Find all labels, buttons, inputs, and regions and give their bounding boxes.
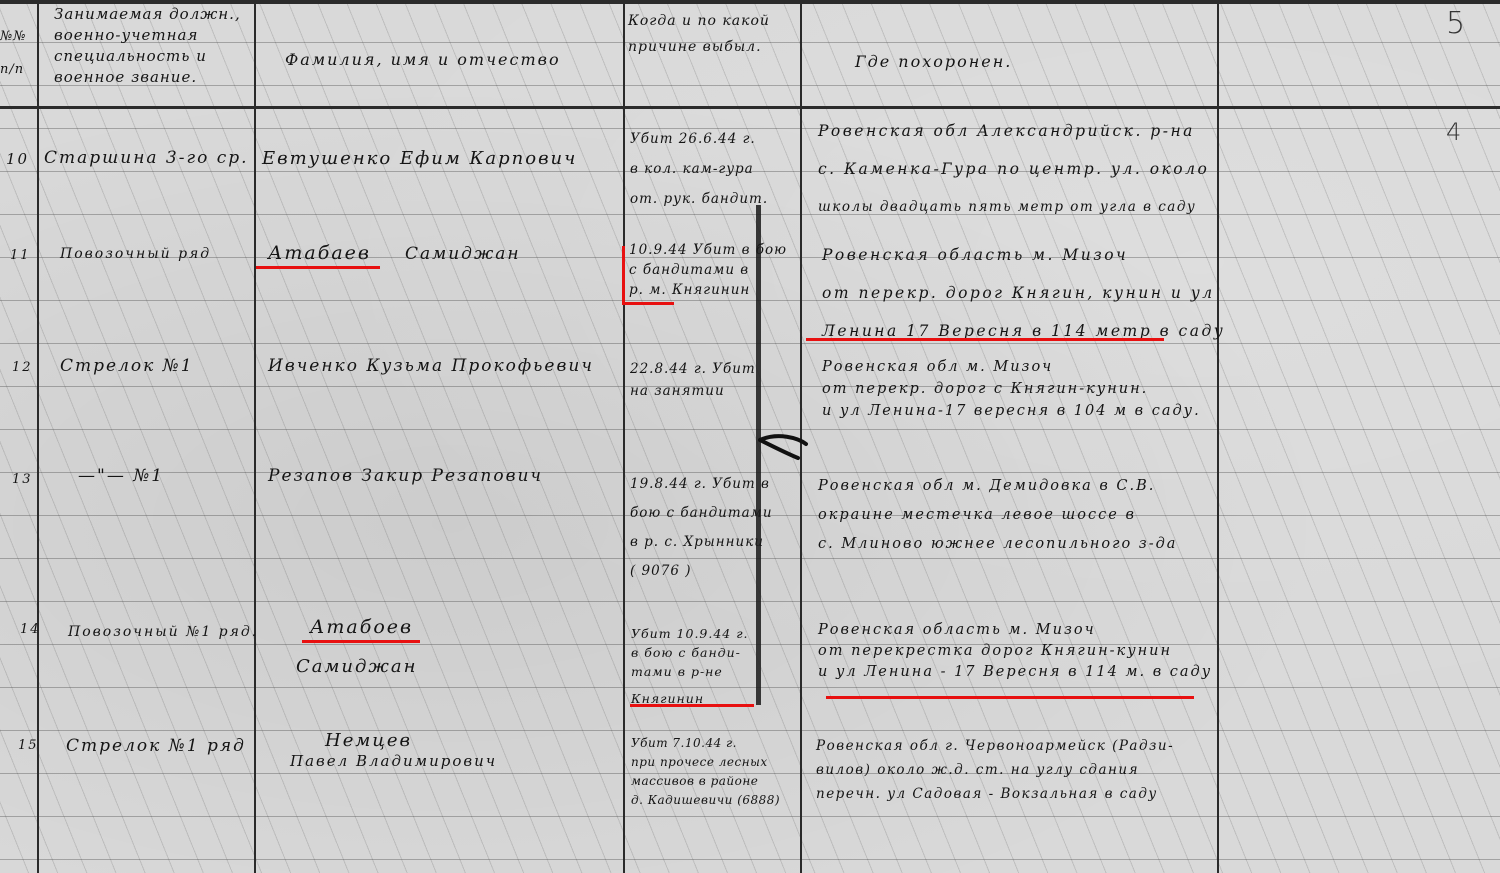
row-when: Убит 26.6.44 г. в кол. кам-гура от. рук.… bbox=[630, 124, 768, 214]
row-name-last: Немцев bbox=[325, 730, 412, 751]
column-divider bbox=[254, 0, 256, 873]
when-line: 19.8.44 г. Убит в bbox=[630, 470, 773, 499]
red-bracket bbox=[622, 246, 625, 304]
row-name: Ивченко Кузьма Прокофьевич bbox=[268, 356, 594, 376]
row-position: Повозочный ряд bbox=[60, 246, 211, 262]
row-when: 22.8.44 г. Убит на занятии bbox=[630, 358, 756, 402]
row-position: Повозочный №1 ряд. bbox=[68, 624, 258, 640]
header-position-col: Занимаемая должн., военно-учетная специа… bbox=[54, 4, 249, 88]
column-divider bbox=[623, 0, 625, 873]
red-bracket bbox=[622, 302, 674, 305]
burial-line: вилов) около ж.д. ст. на углу сдания bbox=[816, 758, 1174, 782]
burial-line: Ровенская область м. Мизоч bbox=[822, 236, 1225, 274]
row-when: Убит 7.10.44 г. при прочесе лесных масси… bbox=[631, 734, 780, 810]
row-burial: Ровенская обл Александрийск. р-на с. Кам… bbox=[818, 112, 1209, 226]
row-when: Убит 10.9.44 г. в бою с банди- тами в р-… bbox=[631, 624, 749, 708]
burial-line: Ровенская обл м. Демидовка в С.В. bbox=[818, 472, 1177, 501]
row-number: 10 bbox=[6, 150, 29, 168]
header-name-col: Фамилия, имя и отчество bbox=[285, 50, 561, 69]
when-line: при прочесе лесных bbox=[631, 753, 780, 772]
document-page: 5 4 №№ п/п Занимаемая должн., военно-уче… bbox=[0, 0, 1500, 873]
burial-line: окраине местечка левое шоссе в bbox=[818, 501, 1177, 530]
when-line: бою с бандитами bbox=[630, 499, 773, 528]
row-burial: Ровенская обл м. Мизоч от перекр. дорог … bbox=[822, 356, 1201, 422]
header-burial-col: Где похоронен. bbox=[855, 52, 1012, 71]
margin-note: 4 bbox=[1446, 118, 1461, 146]
burial-line: перечн. ул Садовая - Вокзальная в саду bbox=[816, 782, 1174, 806]
red-underline bbox=[630, 704, 754, 707]
row-when: 19.8.44 г. Убит в бою с бандитами в р. с… bbox=[630, 470, 773, 586]
row-number: 14 bbox=[20, 622, 41, 637]
header-when-col: Когда и по какой причине выбыл. bbox=[628, 8, 796, 60]
row-name-last: Атабоев bbox=[310, 616, 413, 638]
when-line: р. м. Княгинин bbox=[629, 280, 787, 300]
when-line: массивов в районе bbox=[631, 772, 780, 791]
burial-line: с. Каменка-Гура по центр. ул. около bbox=[818, 150, 1209, 188]
when-line: в бою с банди- bbox=[631, 643, 749, 662]
row-position: Стрелок №1 ряд bbox=[66, 736, 246, 756]
row-position: —"— №1 bbox=[78, 466, 164, 486]
row-name-first: Павел Владимирович bbox=[290, 752, 497, 770]
burial-line: от перекр. дорог с Княгин-кунин. bbox=[822, 378, 1201, 400]
when-line: тами в р-не bbox=[631, 662, 749, 681]
when-line: д. Кадишевичи (6888) bbox=[631, 791, 780, 810]
header-number-line: №№ bbox=[0, 26, 36, 47]
row-when: 10.9.44 Убит в бою с бандитами в р. м. К… bbox=[629, 240, 787, 300]
burial-line: Ровенская область м. Мизоч bbox=[818, 620, 1212, 641]
burial-line: школы двадцать пять метр от угла в саду bbox=[818, 188, 1209, 226]
row-burial: Ровенская область м. Мизоч от перекрестк… bbox=[818, 620, 1212, 683]
row-number: 11 bbox=[10, 248, 31, 263]
red-underline bbox=[256, 266, 380, 269]
burial-line: Ровенская обл г. Червоноармейск (Радзи- bbox=[816, 734, 1174, 758]
when-line: в р. с. Хрынники bbox=[630, 528, 773, 557]
row-number: 15 bbox=[18, 738, 39, 753]
when-line: от. рук. бандит. bbox=[630, 184, 768, 214]
when-line: Убит 10.9.44 г. bbox=[631, 624, 749, 643]
row-name-first: Самиджан bbox=[405, 244, 521, 264]
row-name: Евтушенко Ефим Карпович bbox=[262, 148, 577, 169]
column-divider bbox=[1217, 0, 1219, 873]
when-line: на занятии bbox=[630, 380, 756, 402]
burial-line: от перекр. дорог Княгин, кунин и ул bbox=[822, 274, 1225, 312]
when-line: 22.8.44 г. Убит bbox=[630, 358, 756, 380]
burial-line: от перекрестка дорог Княгин-кунин bbox=[818, 641, 1212, 662]
red-underline bbox=[826, 696, 1194, 699]
row-position: Старшина 3-го ср. bbox=[44, 148, 249, 168]
row-name-first: Самиджан bbox=[296, 656, 417, 677]
when-line: 10.9.44 Убит в бою bbox=[629, 240, 787, 260]
row-number: 13 bbox=[12, 472, 33, 487]
header-number-line: п/п bbox=[0, 59, 36, 80]
header-number-col: №№ п/п bbox=[0, 26, 36, 80]
when-line: Убит 7.10.44 г. bbox=[631, 734, 780, 753]
row-number: 12 bbox=[12, 360, 33, 375]
row-position: Стрелок №1 bbox=[60, 356, 194, 376]
row-name: Резапов Закир Резапович bbox=[268, 466, 543, 486]
burial-line: с. Млиново южнее лесопильного з-да bbox=[818, 530, 1177, 559]
burial-line: Ленина 17 Вересня в 114 метр в саду bbox=[822, 312, 1225, 350]
when-line: с бандитами в bbox=[629, 260, 787, 280]
red-underline bbox=[806, 338, 1164, 341]
arrow-mark-icon bbox=[758, 430, 818, 470]
burial-line: и ул Ленина-17 вересня в 104 м в саду. bbox=[822, 400, 1201, 422]
row-burial: Ровенская область м. Мизоч от перекр. до… bbox=[822, 236, 1225, 350]
page-number: 5 bbox=[1446, 6, 1465, 41]
row-burial: Ровенская обл м. Демидовка в С.В. окраин… bbox=[818, 472, 1177, 559]
red-underline bbox=[302, 640, 420, 643]
burial-line: и ул Ленина - 17 Вересня в 114 м. в саду bbox=[818, 662, 1212, 683]
row-name-last: Атабаев bbox=[268, 242, 371, 264]
burial-line: Ровенская обл Александрийск. р-на bbox=[818, 112, 1209, 150]
row-burial: Ровенская обл г. Червоноармейск (Радзи- … bbox=[816, 734, 1174, 806]
when-line: ( 9076 ) bbox=[630, 557, 773, 586]
header-rule bbox=[0, 106, 1500, 109]
when-line: Убит 26.6.44 г. bbox=[630, 124, 768, 154]
burial-line: Ровенская обл м. Мизоч bbox=[822, 356, 1201, 378]
when-line: в кол. кам-гура bbox=[630, 154, 768, 184]
